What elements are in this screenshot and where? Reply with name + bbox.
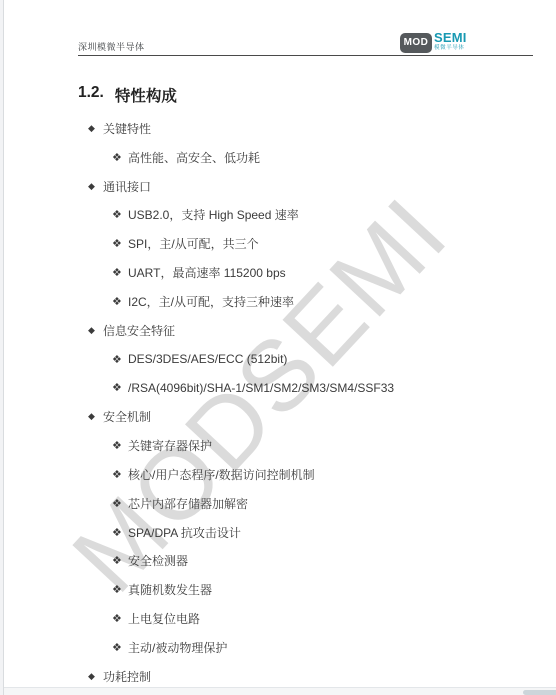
section-title: 1.2. 特性构成 [78, 84, 177, 106]
feature-text: 真随机数发生器 [128, 581, 212, 598]
diamond-x-bullet-icon: ❖ [112, 554, 128, 567]
feature-text: 高性能、高安全、低功耗 [128, 149, 260, 166]
feature-item: ❖I2C，主/从可配，支持三种速率 [0, 287, 556, 316]
feature-text: 功耗控制 [103, 668, 151, 685]
feature-item: ❖DES/3DES/AES/ECC (512bit) [0, 345, 556, 374]
diamond-x-bullet-icon: ❖ [112, 208, 128, 221]
diamond-bullet-icon: ◆ [88, 325, 103, 336]
feature-item: ❖关键寄存器保护 [0, 431, 556, 460]
logo-text-block: SEMI 模微半导体 [434, 30, 467, 52]
feature-item: ◆安全机制 [0, 402, 556, 431]
section-title-text: 特性构成 [115, 84, 177, 106]
feature-text: 核心/用户态程序/数据访问控制机制 [128, 466, 315, 483]
diamond-x-bullet-icon: ❖ [112, 583, 128, 596]
logo-subtitle-text: 模微半导体 [434, 45, 467, 52]
feature-text: 安全机制 [103, 408, 151, 425]
diamond-x-bullet-icon: ❖ [112, 497, 128, 510]
header-rule [78, 55, 533, 56]
diamond-x-bullet-icon: ❖ [112, 641, 128, 654]
feature-text: SPI，主/从可配，共三个 [128, 235, 259, 252]
diamond-x-bullet-icon: ❖ [112, 266, 128, 279]
diamond-x-bullet-icon: ❖ [112, 468, 128, 481]
diamond-bullet-icon: ◆ [88, 671, 103, 682]
feature-item: ❖高性能、高安全、低功耗 [0, 143, 556, 172]
company-logo: MOD SEMI 模微半导体 [400, 30, 467, 53]
feature-item: ❖芯片内部存储器加解密 [0, 489, 556, 518]
diamond-x-bullet-icon: ❖ [112, 439, 128, 452]
feature-item: ◆关键特性 [0, 114, 556, 143]
scrollbar-thumb[interactable] [523, 690, 556, 695]
page-left-edge [0, 0, 4, 695]
feature-item: ❖主动/被动物理保护 [0, 633, 556, 662]
feature-item: ❖核心/用户态程序/数据访问控制机制 [0, 460, 556, 489]
diamond-x-bullet-icon: ❖ [112, 381, 128, 394]
logo-semi-text: SEMI [434, 30, 467, 45]
diamond-x-bullet-icon: ❖ [112, 612, 128, 625]
feature-text: 上电复位电路 [128, 610, 200, 627]
feature-text: DES/3DES/AES/ECC (512bit) [128, 352, 287, 366]
diamond-bullet-icon: ◆ [88, 181, 103, 192]
feature-text: 安全检测器 [128, 552, 188, 569]
diamond-bullet-icon: ◆ [88, 123, 103, 134]
feature-text: 通讯接口 [103, 178, 151, 195]
feature-text: 关键寄存器保护 [128, 437, 212, 454]
feature-text: UART，最高速率 115200 bps [128, 264, 286, 281]
feature-item: ❖SPI，主/从可配，共三个 [0, 229, 556, 258]
diamond-bullet-icon: ◆ [88, 411, 103, 422]
diamond-x-bullet-icon: ❖ [112, 295, 128, 308]
diamond-x-bullet-icon: ❖ [112, 151, 128, 164]
diamond-x-bullet-icon: ❖ [112, 237, 128, 250]
feature-text: SPA/DPA 抗攻击设计 [128, 524, 241, 541]
feature-list: ◆关键特性 ❖高性能、高安全、低功耗 ◆通讯接口 ❖USB2.0，支持 High… [0, 114, 556, 691]
header-company-name: 深圳模微半导体 [78, 40, 145, 53]
feature-item: ❖上电复位电路 [0, 604, 556, 633]
diamond-x-bullet-icon: ❖ [112, 526, 128, 539]
feature-item: ❖安全检测器 [0, 546, 556, 575]
feature-text: 主动/被动物理保护 [128, 639, 227, 656]
feature-item: ◆通讯接口 [0, 172, 556, 201]
feature-text: /RSA(4096bit)/SHA-1/SM1/SM2/SM3/SM4/SSF3… [128, 381, 394, 395]
feature-text: 关键特性 [103, 120, 151, 137]
feature-item: ❖UART，最高速率 115200 bps [0, 258, 556, 287]
feature-item: ❖SPA/DPA 抗攻击设计 [0, 518, 556, 547]
section-number: 1.2. [78, 84, 104, 106]
feature-text: I2C，主/从可配，支持三种速率 [128, 293, 294, 310]
feature-text: 芯片内部存储器加解密 [128, 495, 248, 512]
feature-text: USB2.0，支持 High Speed 速率 [128, 206, 299, 223]
feature-item: ❖USB2.0，支持 High Speed 速率 [0, 200, 556, 229]
feature-text: 信息安全特征 [103, 322, 175, 339]
diamond-x-bullet-icon: ❖ [112, 353, 128, 366]
feature-item: ◆信息安全特征 [0, 316, 556, 345]
feature-item: ❖真随机数发生器 [0, 575, 556, 604]
feature-item: ❖/RSA(4096bit)/SHA-1/SM1/SM2/SM3/SM4/SSF… [0, 373, 556, 402]
logo-mod-badge: MOD [400, 33, 432, 53]
page-bottom-edge [0, 687, 556, 695]
